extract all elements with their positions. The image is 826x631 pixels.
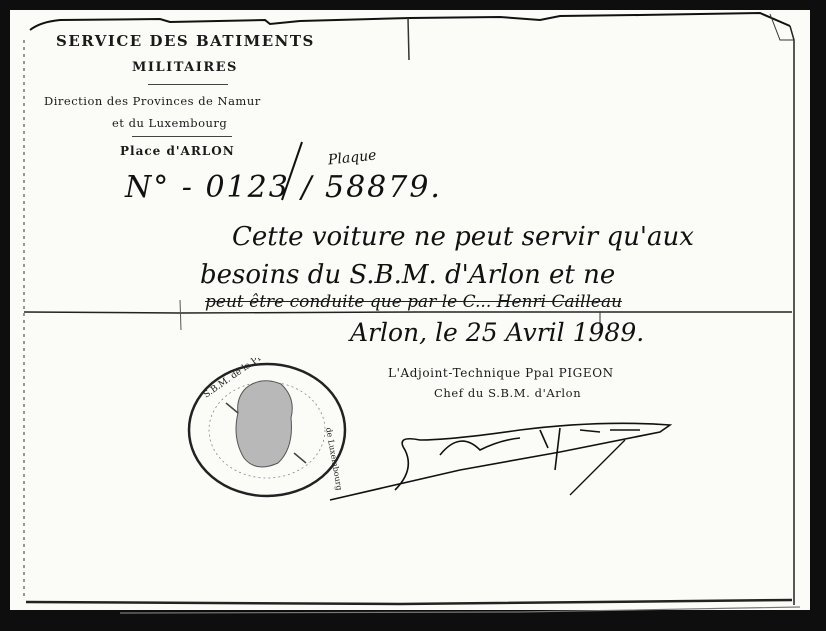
signatory-role: Chef du S.B.M. d'Arlon	[434, 386, 581, 400]
date-line: Arlon, le 25 Avril 1989.	[350, 318, 644, 347]
header-province: et du Luxembourg	[112, 116, 227, 130]
reference-number: N° - 0123 / 58879.	[125, 170, 442, 205]
header-direction: Direction des Provinces de Namur	[44, 94, 261, 108]
signatory-title: L'Adjoint-Technique Ppal PIGEON	[388, 366, 614, 380]
header-service-subtitle: MILITAIRES	[132, 60, 238, 75]
header-place: Place d'ARLON	[120, 144, 235, 158]
header-divider-2	[132, 136, 232, 137]
official-stamp-icon: S.B.M. de la Province de Luxembourg	[186, 358, 348, 498]
body-line-1: Cette voiture ne peut servir qu'aux	[232, 222, 694, 252]
body-line-2: besoins du S.B.M. d'Arlon et ne	[200, 260, 615, 290]
svg-text:de Luxembourg: de Luxembourg	[324, 427, 344, 491]
header-service-title: SERVICE DES BATIMENTS	[56, 32, 315, 50]
header-divider	[148, 84, 228, 85]
body-line-3: peut être conduite que par le C... Henri…	[205, 292, 622, 312]
